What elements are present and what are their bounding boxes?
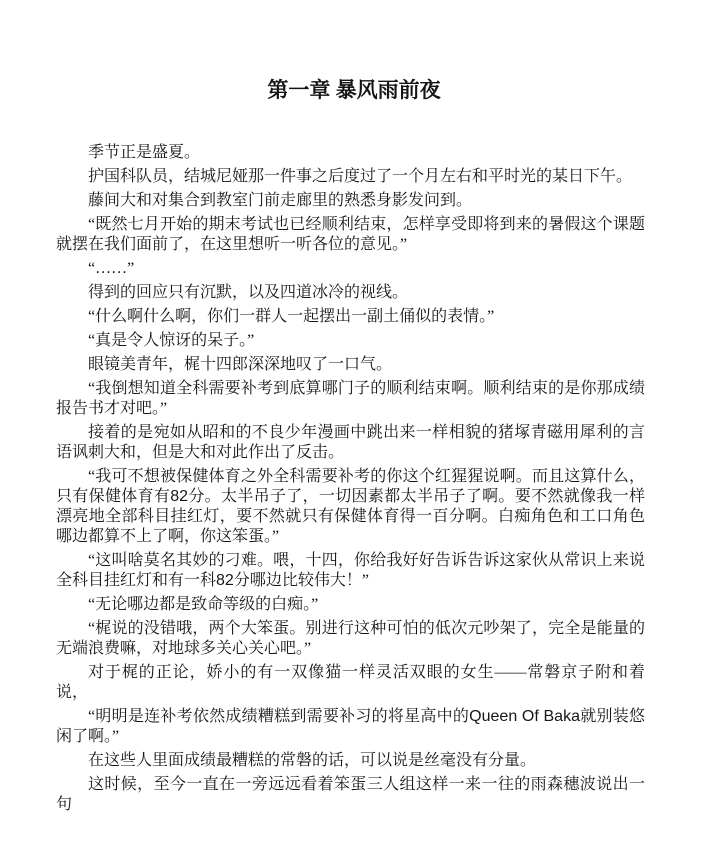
- paragraph: 对于梶的正论，娇小的有一双像猫一样灵活双眼的女生——常磐京子附和着说，: [56, 663, 645, 703]
- chapter-title: 第一章 暴风雨前夜: [0, 0, 708, 103]
- paragraph: “我可不想被保健体育之外全科需要补考的你这个红猩猩说啊。而且这算什么，只有保健体…: [56, 467, 645, 547]
- paragraph: “梶说的没错哦，两个大笨蛋。别进行这种可怕的低次元吵架了，完全是能量的无端浪费嘛…: [56, 619, 645, 659]
- paragraph: 在这些人里面成绩最糟糕的常磐的话，可以说是丝毫没有分量。: [56, 751, 645, 771]
- paragraph: 眼镜美青年，梶十四郎深深地叹了一口气。: [56, 355, 645, 375]
- paragraph: “什么啊什么啊，你们一群人一起摆出一副土俑似的表情。”: [56, 307, 645, 327]
- paragraph: 季节正是盛夏。: [56, 143, 645, 163]
- paragraph: “我倒想知道全科需要补考到底算哪门子的顺利结束啊。顺利结束的是你那成绩报告书才对…: [56, 379, 645, 419]
- paragraph: “无论哪边都是致命等级的白痴。”: [56, 595, 645, 615]
- paragraph: “……”: [56, 259, 645, 279]
- document-body: 季节正是盛夏。护国科队员，结城尼娅那一件事之后度过了一个月左右和平时光的某日下午…: [56, 143, 645, 815]
- paragraph: 护国科队员，结城尼娅那一件事之后度过了一个月左右和平时光的某日下午。: [56, 167, 645, 187]
- paragraph: 这时候，至今一直在一旁远远看着笨蛋三人组这样一来一往的雨森穗波说出一句: [56, 775, 645, 815]
- latin-text: 82: [170, 488, 188, 505]
- paragraph: 藤间大和对集合到教室门前走廊里的熟悉身影发问到。: [56, 191, 645, 211]
- paragraph: “既然七月开始的期末考试也已经顺利结束，怎样享受即将到来的暑假这个课题就摆在我们…: [56, 215, 645, 255]
- paragraph: 得到的回应只有沉默，以及四道冰冷的视线。: [56, 283, 645, 303]
- paragraph: “真是令人惊讶的呆子。”: [56, 331, 645, 351]
- latin-text: 82: [216, 572, 234, 589]
- paragraph: 接着的是宛如从昭和的不良少年漫画中跳出来一样相貌的猪塚青磁用犀利的言语讽刺大和，…: [56, 423, 645, 463]
- document-page: 第一章 暴风雨前夜 季节正是盛夏。护国科队员，结城尼娅那一件事之后度过了一个月左…: [0, 0, 708, 850]
- paragraph: “明明是连补考依然成绩糟糕到需要补习的将星高中的Queen Of Baka就别装…: [56, 707, 645, 747]
- latin-text: Queen Of Baka: [469, 708, 580, 725]
- paragraph: “这叫啥莫名其妙的刁难。喂，十四，你给我好好告诉告诉这家伙从常识上来说全科目挂红…: [56, 551, 645, 591]
